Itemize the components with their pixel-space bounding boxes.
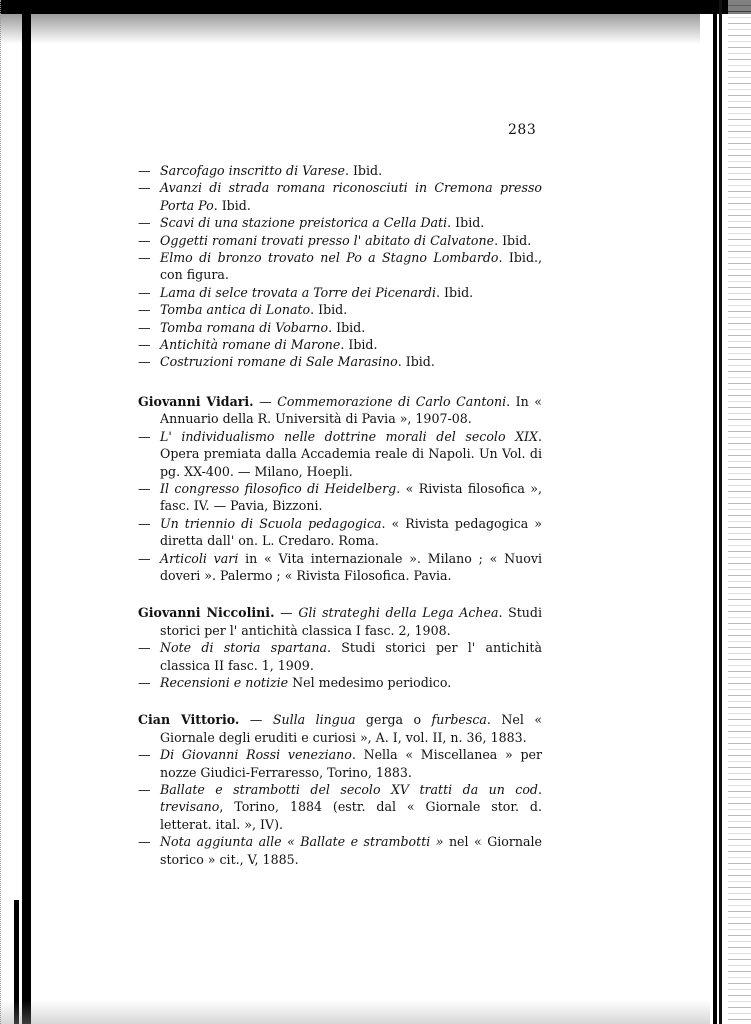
entry-title: Gli strateghi della Lega Achea: [298, 605, 498, 620]
entry-title: Nota aggiunta alle « Ballate e strambott…: [160, 834, 443, 849]
scan-left-edge: [0, 0, 3, 1024]
scan-right-border-line: [713, 0, 717, 1024]
scan-right-page-edges: [728, 0, 751, 1024]
list-item: —Il congresso filosofico di Heidelberg. …: [138, 480, 542, 515]
author-section-niccolini: Giovanni Niccolini. — Gli strateghi dell…: [138, 604, 542, 691]
dash: —: [138, 550, 160, 567]
dash: —: [138, 515, 160, 532]
dash: —: [138, 833, 160, 850]
dash: —: [138, 480, 160, 497]
entry-details: . Ibid.: [398, 354, 435, 369]
entry-title: Commemorazione di Carlo Cantoni: [277, 394, 506, 409]
list-item: —Articoli vari in « Vita internazionale …: [138, 550, 542, 585]
author-name: Cian Vittorio.: [138, 712, 239, 727]
dash: —: [138, 232, 160, 249]
entry-title: Note di storia spartana: [160, 640, 327, 655]
dash: —: [138, 214, 160, 231]
entry-title: Oggetti romani trovati presso l' abitato…: [160, 233, 494, 248]
author-entry: Giovanni Vidari. — Commemorazione di Car…: [138, 393, 542, 428]
scan-top-border: [0, 0, 751, 14]
author-name: Giovanni Niccolini.: [138, 605, 274, 620]
list-item: —Un triennio di Scuola pedagogica. « Riv…: [138, 515, 542, 550]
entry-title: Di Giovanni Rossi veneziano: [160, 747, 352, 762]
entry-title: Sarcofago inscritto di Varese: [160, 163, 345, 178]
list-item: —Lama di selce trovata a Torre dei Picen…: [138, 284, 542, 301]
list-item: —Ballate e strambotti del secolo XV trat…: [138, 781, 542, 833]
list-item: —Note di storia spartana. Studi storici …: [138, 639, 542, 674]
entry-title: Articoli vari: [160, 551, 238, 566]
author-section-vidari: Giovanni Vidari. — Commemorazione di Car…: [138, 393, 542, 584]
list-item: —Tomba antica di Lonato. Ibid.: [138, 301, 542, 318]
separator: —: [274, 605, 298, 620]
dash: —: [138, 249, 160, 266]
entry-title: Un triennio di Scuola pedagogica: [160, 516, 382, 531]
author-entry: Giovanni Niccolini. — Gli strateghi dell…: [138, 604, 542, 639]
list-item: —Avanzi di strada romana riconosciuti in…: [138, 179, 542, 214]
entry-title: Antichità romane di Marone: [160, 337, 340, 352]
scan-right-border-line-inner: [719, 0, 722, 1024]
list-item: —Sarcofago inscritto di Varese. Ibid.: [138, 162, 542, 179]
page-number: 283: [508, 122, 536, 138]
entry-details: . Ibid.: [345, 163, 382, 178]
entry-title: Il congresso filosofico di Heidelberg: [160, 481, 396, 496]
bibliography-content: —Sarcofago inscritto di Varese. Ibid. —A…: [138, 162, 542, 868]
dash: —: [138, 781, 160, 798]
entry-title-secondary: furbesca: [432, 712, 487, 727]
entry-details: gerga o: [355, 712, 431, 727]
dash: —: [138, 674, 160, 691]
list-item: —Tomba romana di Vobarno. Ibid.: [138, 319, 542, 336]
dash: —: [138, 162, 160, 179]
list-item: —Di Giovanni Rossi veneziano. Nella « Mi…: [138, 746, 542, 781]
entry-details: . Ibid.: [214, 198, 251, 213]
list-item: —Scavi di una stazione preistorica a Cel…: [138, 214, 542, 231]
dash: —: [138, 179, 160, 196]
dash: —: [138, 746, 160, 763]
entry-title: Scavi di una stazione preistorica a Cell…: [160, 215, 447, 230]
entry-title: Tomba antica di Lonato: [160, 302, 310, 317]
author-entry: Cian Vittorio. — Sulla lingua gerga o fu…: [138, 711, 542, 746]
entry-title: Elmo di bronzo trovato nel Po a Stagno L…: [160, 250, 499, 265]
scan-top-shadow: [0, 14, 700, 44]
list-item: —Nota aggiunta alle « Ballate e strambot…: [138, 833, 542, 868]
author-section-cian: Cian Vittorio. — Sulla lingua gerga o fu…: [138, 711, 542, 868]
entry-details: . Ibid.: [436, 285, 473, 300]
entry-details: Nel medesimo periodico.: [288, 675, 451, 690]
intro-entry-list: —Sarcofago inscritto di Varese. Ibid. —A…: [138, 162, 542, 371]
separator: —: [254, 394, 278, 409]
entry-details: . Ibid.: [310, 302, 347, 317]
list-item: —Recensioni e notizie Nel medesimo perio…: [138, 674, 542, 691]
scan-bottom-shadow: [0, 1000, 710, 1024]
dash: —: [138, 428, 160, 445]
dash: —: [138, 284, 160, 301]
list-item: —Oggetti romani trovati presso l' abitat…: [138, 232, 542, 249]
entry-details: . Ibid.: [447, 215, 484, 230]
entry-title: Costruzioni romane di Sale Marasino: [160, 354, 398, 369]
author-name: Giovanni Vidari.: [138, 394, 254, 409]
entry-details: . Ibid.: [340, 337, 377, 352]
entry-title: Sulla lingua: [273, 712, 356, 727]
list-item: —Antichità romane di Marone. Ibid.: [138, 336, 542, 353]
entry-title: Recensioni e notizie: [160, 675, 288, 690]
dash: —: [138, 319, 160, 336]
entry-details: . Ibid.: [328, 320, 365, 335]
dash: —: [138, 639, 160, 656]
scan-binding-spine: [22, 0, 31, 1024]
separator: —: [239, 712, 273, 727]
dash: —: [138, 336, 160, 353]
entry-title: Tomba romana di Vobarno: [160, 320, 328, 335]
entry-title: Lama di selce trovata a Torre dei Picena…: [160, 285, 436, 300]
list-item: —Costruzioni romane di Sale Marasino. Ib…: [138, 353, 542, 370]
list-item: —L' individualismo nelle dottrine morali…: [138, 428, 542, 480]
dash: —: [138, 353, 160, 370]
list-item: —Elmo di bronzo trovato nel Po a Stagno …: [138, 249, 542, 284]
dash: —: [138, 301, 160, 318]
entry-details: . Ibid.: [494, 233, 531, 248]
entry-title: L' individualismo nelle dottrine morali …: [160, 429, 538, 444]
